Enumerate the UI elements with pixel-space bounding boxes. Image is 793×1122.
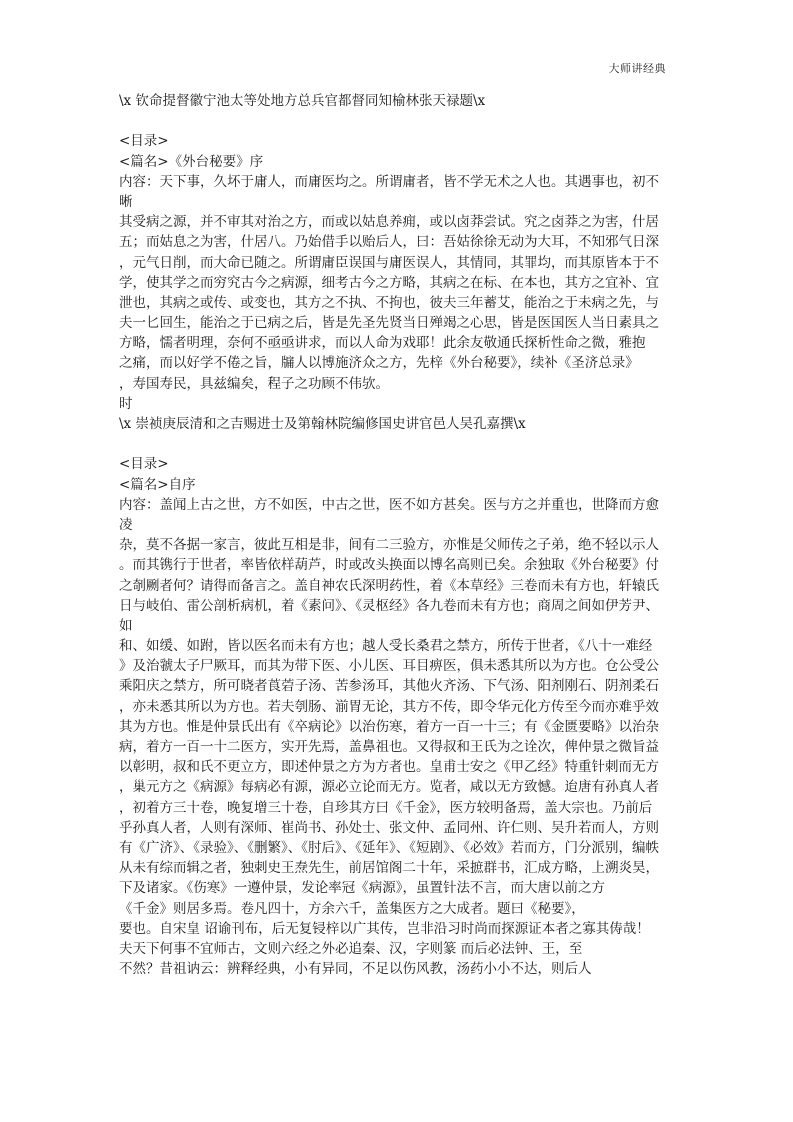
text-line: ，巢元方之《病源》每病必有源，源必立论而无方。览者，咸以无方致憾。迨唐有孙真人者 xyxy=(119,777,679,797)
text-line: 要也。自宋皇 诏谕刊布，后无复锓梓以广其传，岂非沿习时尚而探源证本者之寡其俦哉！ xyxy=(119,919,679,939)
text-line: 时 xyxy=(119,394,679,414)
text-line: 五；而姑息之为害，什居八。乃始借手以贻后人，曰：吾姑徐徐无动为大耳，不知邪气日深 xyxy=(119,232,679,252)
text-line: 夫天下何事不宜师古，文则六经之外必追秦、汉，字则篆 而后必法钟、王，至 xyxy=(119,939,679,959)
text-line: 之剞劂者何？请得而备言之。盖自神农氏深明药性，着《本草经》三卷而未有方也，轩辕氏 xyxy=(119,576,679,596)
text-line: ，元气日削，而大命已随之。所谓庸臣误国与庸医误人，其情同，其罪均，而其原皆本于不 xyxy=(119,253,679,273)
text-line: 如 xyxy=(119,616,679,636)
document-title-section: \x 钦命提督徽宁池太等处地方总兵官都督同知榆林张天禄题\x xyxy=(119,91,679,111)
text-line: ，寿国寿民，具兹编矣，程子之功顾不伟欤。 xyxy=(119,374,679,394)
text-line: ，初着方三十卷，晚复增三十卷，自珍其方曰《千金》，医方较明备焉，盖大宗也。乃前后 xyxy=(119,798,679,818)
text-line: 泄也，其病之或传、或变也，其方之不执、不拘也，彼夫三年蓄艾，能治之于未病之先，与 xyxy=(119,293,679,313)
author-signature-line: \x 崇祯庚辰清和之吉赐进士及第翰林院编修国史讲官邑人吴孔嘉撰\x xyxy=(119,414,679,434)
text-line: 从未有综而辑之者，独刺史王焘先生，前居馆阁二十年，采摭群书，汇成方略，上溯炎昊， xyxy=(119,858,679,878)
section-preface-self: <目录> <篇名>自序 内容：盖闻上古之世，方不如医，中古之世，医不如方甚矣。医… xyxy=(119,454,679,979)
section-preface-waitai: <目录> <篇名>《外台秘要》序 内容：天下事，久坏于庸人，而庸医均之。所谓庸者… xyxy=(119,131,679,434)
text-line: 。而其镌行于世者，率皆依样葫芦，时或改头换面以博名高则已矣。余独取《外台秘要》付 xyxy=(119,555,679,575)
text-line: 乘阳庆之禁方，所可晓者莨菪子汤、苦参汤耳，其他火齐汤、下气汤、阳剂刚石、阴剂柔石 xyxy=(119,676,679,696)
text-line: 之痛，而以好学不倦之旨，牖人以博施济众之方，先梓《外台秘要》，续补《圣济总录》 xyxy=(119,353,679,373)
document-title-line: \x 钦命提督徽宁池太等处地方总兵官都督同知榆林张天禄题\x xyxy=(119,91,679,111)
text-line: 《千金》则居多焉。卷凡四十，方余六千，盖集医方之大成者。题曰《秘要》， xyxy=(119,899,679,919)
text-line: 有《广济》、《录验》、《删繁》、《肘后》、《延年》、《短剧》、《必效》若而方，门… xyxy=(119,838,679,858)
text-line: 凌 xyxy=(119,515,679,535)
text-line: 内容：盖闻上古之世，方不如医，中古之世，医不如方甚矣。医与方之并重也，世降而方愈 xyxy=(119,495,679,515)
text-line: 下及诸家。《伤寒》一遵仲景，发论率冠《病源》，虽置针法不言，而大唐以前之方 xyxy=(119,878,679,898)
text-line: 其受病之源，并不审其对治之方，而或以姑息养痈，或以卤莽尝试。究之卤莽之为害，什居 xyxy=(119,212,679,232)
page-header-site-name: 大师讲经典 xyxy=(609,60,667,76)
text-line: 病，着方一百一十二医方，实开先焉，盖鼻祖也。又得叔和王氏为之诠次，俾仲景之微旨益 xyxy=(119,737,679,757)
spacer xyxy=(119,434,679,454)
text-line: ，亦未悉其所以为方也。若夫刳肠、湔胃无论，其方不传，即令华元化方传至今而亦难乎效 xyxy=(119,697,679,717)
text-line: 内容：天下事，久坏于庸人，而庸医均之。所谓庸者，皆不学无术之人也。其遇事也，初不 xyxy=(119,172,679,192)
spacer xyxy=(119,111,679,131)
text-line: 杂，莫不各据一家言，彼此互相是非，间有二三验方，亦惟是父师传之子弟，绝不轻以示人 xyxy=(119,535,679,555)
text-line: 日与岐伯、雷公剖析病机，着《素问》、《灵枢经》各九卷而未有方也；商周之间如伊芳尹… xyxy=(119,596,679,616)
toc-marker: <目录> xyxy=(119,131,679,151)
text-line: 乎孙真人者，人则有深师、崔尚书、孙处士、张文仲、孟同州、许仁则、吴升若而人，方则 xyxy=(119,818,679,838)
text-line: 以彰明，叔和氏不更立方，即述仲景之方为方者也。皇甫士安之《甲乙经》特重针刺而无方 xyxy=(119,757,679,777)
text-line: 晰 xyxy=(119,192,679,212)
text-line: 夫一匕回生，能治之于已病之后，皆是先圣先贤当日殚竭之心思，皆是医国医人当日素具之 xyxy=(119,313,679,333)
toc-marker: <目录> xyxy=(119,454,679,474)
text-line: 其为方也。惟是仲景氏出有《卒病论》以治伤寒，着方一百一十三；有《金匮要略》以治杂 xyxy=(119,717,679,737)
text-line: 》及治虢太子尸厥耳，而其为带下医、小儿医、耳目痹医，俱未悉其所以为方也。仓公受公 xyxy=(119,656,679,676)
text-line: 学，使其学之而穷究古今之病源，细考古今之方略，其病之在标、在本也，其方之宜补、宜 xyxy=(119,273,679,293)
text-line: 方略，懦者明理，奈何不亟亟讲求，而以人命为戏耶！此余友敬通氏探析性命之微，雅抱 xyxy=(119,333,679,353)
chapter-title: <篇名>《外台秘要》序 xyxy=(119,152,679,172)
document-body: \x 钦命提督徽宁池太等处地方总兵官都督同知榆林张天禄题\x <目录> <篇名>… xyxy=(119,91,679,979)
text-line: 和、如缓、如跗，皆以医名而未有方也；越人受长桑君之禁方，所传于世者，《八十一难经 xyxy=(119,636,679,656)
text-line: 不然？昔祖讷云：辨释经典，小有异同，不足以伤风教，汤药小小不达，则后人 xyxy=(119,959,679,979)
chapter-title: <篇名>自序 xyxy=(119,475,679,495)
